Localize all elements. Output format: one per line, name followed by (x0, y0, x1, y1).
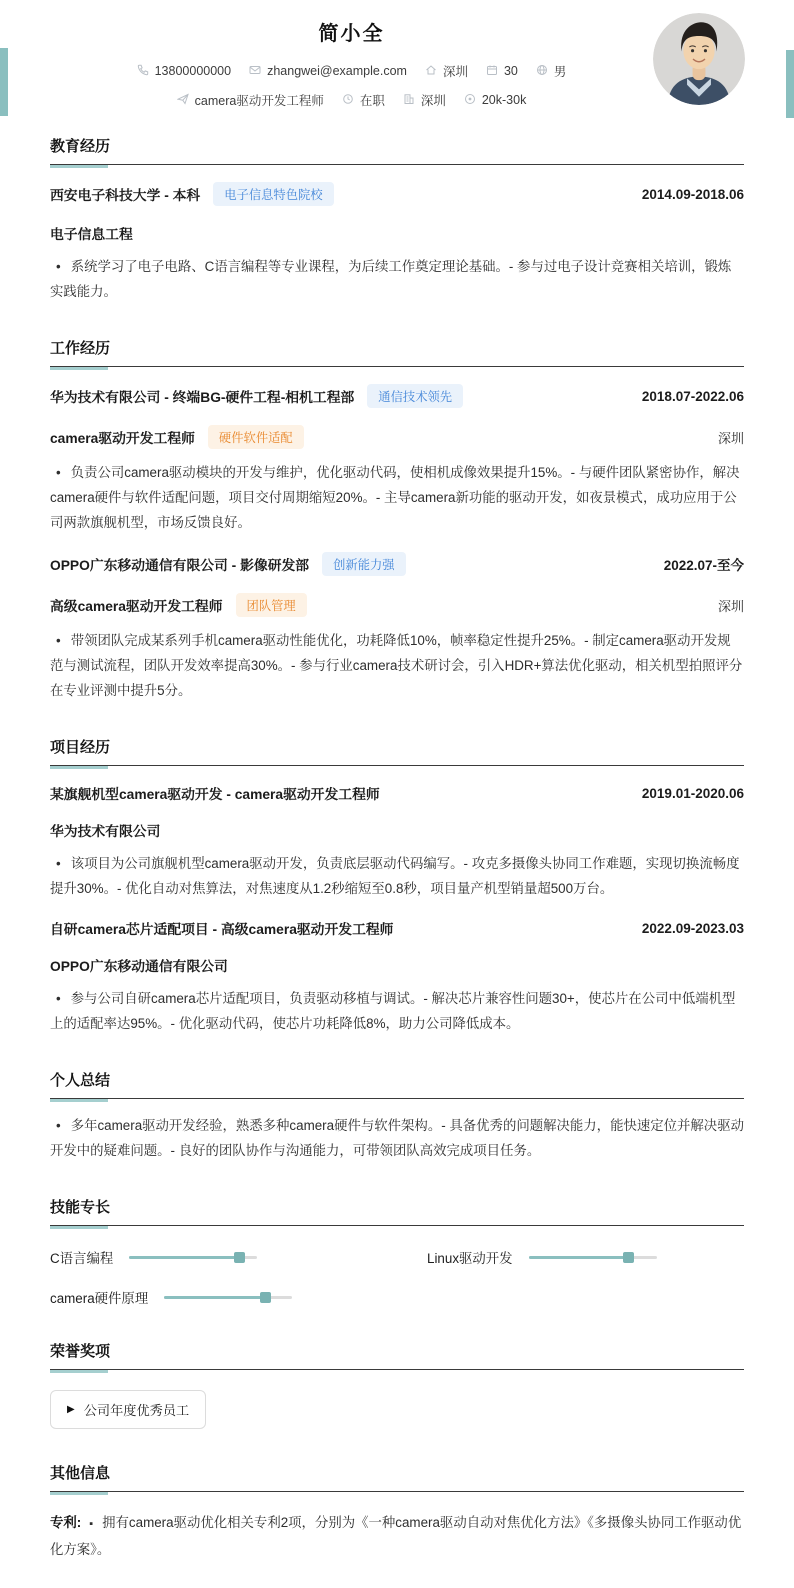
section-education: 教育经历 西安电子科技大学 - 本科 电子信息特色院校 2014.09-2018… (50, 135, 744, 304)
project-description: 参与公司自研camera芯片适配项目，负责驱动移植与调试。- 解决芯片兼容性问题… (50, 986, 744, 1036)
slider-fill (164, 1296, 265, 1299)
honor-chip[interactable]: ▶ 公司年度优秀员工 (50, 1390, 206, 1429)
square-bullet (81, 1515, 102, 1530)
work-description: 带领团队完成某系列手机camera驱动性能优化，功耗降低10%，帧率稳定性提升2… (50, 628, 744, 703)
education-date: 2014.09-2018.06 (642, 187, 744, 202)
slider-fill (129, 1256, 239, 1259)
school-name: 西安电子科技大学 - 本科 (50, 184, 200, 204)
skill-item: C语言编程 (50, 1248, 367, 1267)
project-date: 2019.01-2020.06 (642, 786, 744, 801)
left-accent-bar (0, 48, 8, 116)
globe-icon (536, 64, 548, 79)
honor-label: 公司年度优秀员工 (84, 1400, 190, 1419)
work-date: 2022.07-至今 (664, 554, 744, 574)
contact-row-2: camera驱动开发工程师 在职 深圳 20k-30k (50, 91, 653, 109)
role-name: camera驱动开发工程师 (50, 427, 195, 447)
email-icon (249, 64, 261, 79)
right-accent-bar (786, 50, 794, 118)
status-item: 在职 (342, 91, 385, 109)
status-icon (342, 93, 354, 108)
patent-text: 拥有camera驱动优化相关专利2项，分别为《一种camera驱动自动对焦优化方… (50, 1515, 741, 1557)
email-value: zhangwei@example.com (267, 64, 407, 78)
section-accent (50, 766, 108, 769)
slider-fill (529, 1256, 629, 1259)
project-entry: 某旗舰机型camera驱动开发 - camera驱动开发工程师 2019.01-… (50, 783, 744, 901)
candidate-name: 简小全 (50, 17, 653, 46)
section-accent (50, 1099, 108, 1102)
contact-row-1: 13800000000 zhangwei@example.com 深圳 30 男 (50, 62, 653, 80)
section-accent (50, 1370, 108, 1373)
gender-value: 男 (554, 62, 567, 80)
role-badge: 硬件软件适配 (208, 425, 304, 449)
skill-item: Linux驱动开发 (427, 1248, 744, 1267)
skill-name: Linux驱动开发 (427, 1248, 513, 1267)
salary-item: 20k-30k (464, 93, 526, 108)
slider-handle[interactable] (623, 1252, 634, 1263)
age-item: 30 (486, 64, 518, 79)
project-entry: 自研camera芯片适配项目 - 高级camera驱动开发工程师 2022.09… (50, 918, 744, 1036)
skill-slider (164, 1292, 292, 1303)
company-badge: 创新能力强 (322, 552, 406, 576)
city-value: 深圳 (443, 62, 468, 80)
skill-name: C语言编程 (50, 1248, 113, 1267)
section-summary: 个人总结 多年camera驱动开发经验，熟悉多种camera硬件与软件架构。- … (50, 1069, 744, 1163)
company-name: 华为技术有限公司 - 终端BG-硬件工程-相机工程部 (50, 386, 354, 406)
section-title-work: 工作经历 (50, 340, 110, 357)
section-accent (50, 1492, 108, 1495)
work-entry: 华为技术有限公司 - 终端BG-硬件工程-相机工程部 通信技术领先 2018.0… (50, 384, 744, 535)
education-major-row: 电子信息工程 (50, 223, 744, 243)
section-accent (50, 367, 108, 370)
project-description: 该项目为公司旗舰机型camera驱动开发，负责底层驱动代码编写。- 攻克多摄像头… (50, 851, 744, 901)
major-name: 电子信息工程 (50, 223, 133, 243)
education-description: 系统学习了电子电路、C语言编程等专业课程，为后续工作奠定理论基础。- 参与过电子… (50, 254, 744, 304)
section-honors: 荣誉奖项 ▶ 公司年度优秀员工 (50, 1340, 744, 1429)
slider-handle[interactable] (260, 1292, 271, 1303)
job-target-value: camera驱动开发工程师 (195, 91, 324, 109)
section-title-education: 教育经历 (50, 138, 110, 155)
calendar-icon (486, 64, 498, 79)
project-company: OPPO广东移动通信有限公司 (50, 955, 228, 975)
status-value: 在职 (360, 91, 385, 109)
avatar (653, 13, 745, 105)
job-target-item: camera驱动开发工程师 (177, 91, 324, 109)
section-title-honors: 荣誉奖项 (50, 1343, 110, 1360)
education-entry-header: 西安电子科技大学 - 本科 电子信息特色院校 2014.09-2018.06 (50, 182, 744, 206)
section-title-summary: 个人总结 (50, 1072, 110, 1089)
patent-label: 专利: (50, 1515, 81, 1530)
work-description: 负责公司camera驱动模块的开发与维护，优化驱动代码，使相机成像效果提升15%… (50, 460, 744, 535)
work-location: 深圳 (718, 428, 744, 447)
skill-item: camera硬件原理 (50, 1288, 367, 1307)
summary-text: 多年camera驱动开发经验，熟悉多种camera硬件与软件架构。- 具备优秀的… (50, 1113, 744, 1163)
project-name: 自研camera芯片适配项目 - 高级camera驱动开发工程师 (50, 918, 393, 938)
section-title-projects: 项目经历 (50, 739, 110, 756)
phone-item: 13800000000 (137, 64, 231, 79)
play-triangle-icon: ▶ (67, 1405, 75, 1415)
skill-slider (529, 1252, 657, 1263)
school-badge: 电子信息特色院校 (213, 182, 333, 206)
patent-line: 专利:拥有camera驱动优化相关专利2项，分别为《一种camera驱动自动对焦… (50, 1510, 744, 1562)
project-company: 华为技术有限公司 (50, 820, 160, 840)
company-name: OPPO广东移动通信有限公司 - 影像研发部 (50, 554, 309, 574)
salary-icon (464, 93, 476, 108)
age-value: 30 (504, 64, 518, 78)
slider-handle[interactable] (234, 1252, 245, 1263)
building-icon (403, 93, 415, 108)
section-work: 工作经历 华为技术有限公司 - 终端BG-硬件工程-相机工程部 通信技术领先 2… (50, 337, 744, 703)
city-item: 深圳 (425, 62, 468, 80)
work-entry: OPPO广东移动通信有限公司 - 影像研发部 创新能力强 2022.07-至今 … (50, 552, 744, 703)
section-skills: 技能专长 C语言编程 Linux驱动开发 c (50, 1196, 744, 1307)
skill-name: camera硬件原理 (50, 1288, 148, 1307)
work-location: 深圳 (718, 596, 744, 615)
gender-item: 男 (536, 62, 567, 80)
section-accent (50, 165, 108, 168)
section-title-skills: 技能专长 (50, 1199, 110, 1216)
work-city-item: 深圳 (403, 91, 446, 109)
home-icon (425, 64, 437, 79)
phone-value: 13800000000 (155, 64, 231, 78)
skill-slider (129, 1252, 257, 1263)
section-accent (50, 1226, 108, 1229)
work-city-value: 深圳 (421, 91, 446, 109)
project-date: 2022.09-2023.03 (642, 921, 744, 936)
paper-plane-icon (177, 93, 189, 108)
phone-icon (137, 64, 149, 79)
section-projects: 项目经历 某旗舰机型camera驱动开发 - camera驱动开发工程师 201… (50, 736, 744, 1036)
salary-value: 20k-30k (482, 93, 526, 107)
company-badge: 通信技术领先 (367, 384, 463, 408)
work-date: 2018.07-2022.06 (642, 389, 744, 404)
email-item: zhangwei@example.com (249, 64, 407, 79)
role-name: 高级camera驱动开发工程师 (50, 595, 223, 615)
role-badge: 团队管理 (236, 593, 307, 617)
section-other: 其他信息 专利:拥有camera驱动优化相关专利2项，分别为《一种camera驱… (50, 1462, 744, 1562)
section-title-other: 其他信息 (50, 1465, 110, 1482)
project-name: 某旗舰机型camera驱动开发 - camera驱动开发工程师 (50, 783, 380, 803)
resume-header: 简小全 13800000000 zhangwei@example.com 深圳 … (0, 0, 794, 109)
